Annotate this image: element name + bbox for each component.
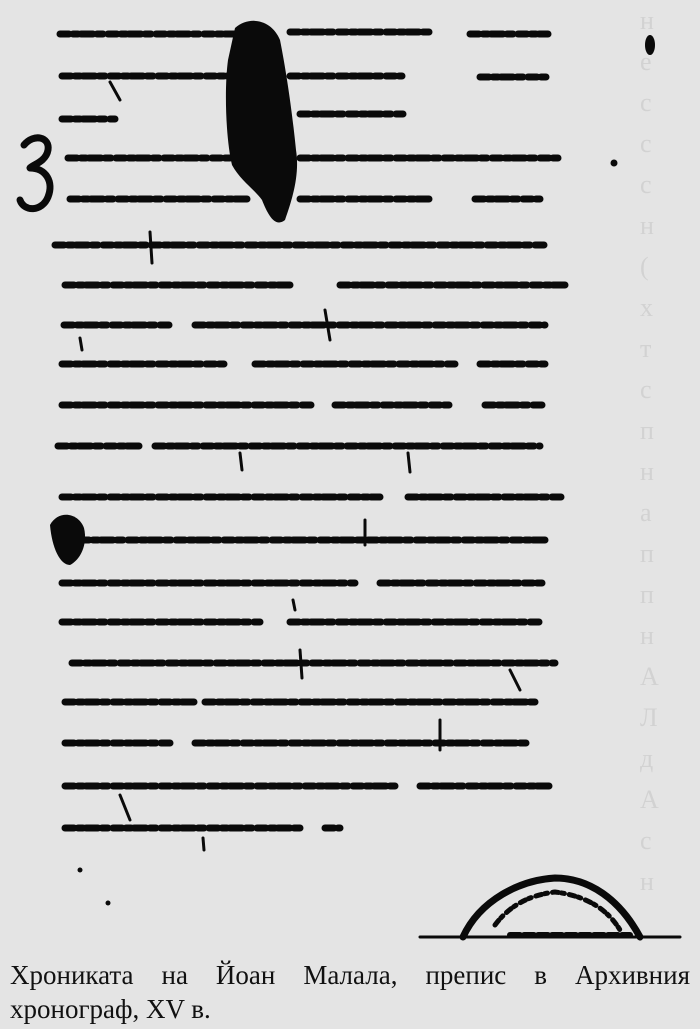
caption-line-2: хронограф, XV в.	[10, 992, 690, 1026]
manuscript-image	[0, 0, 700, 950]
seal	[420, 878, 680, 937]
caption-line-1: Хрониката на Йоан Малала, препис в Архив…	[10, 958, 690, 992]
manuscript-text-lines	[55, 32, 565, 828]
ink-blot	[226, 21, 297, 223]
figure-caption: Хрониката на Йоан Малала, препис в Архив…	[10, 958, 690, 1026]
book-page: н е с с с н ( х т с п н а п п н А Л д А …	[0, 0, 700, 1029]
initial-letter	[20, 138, 50, 209]
